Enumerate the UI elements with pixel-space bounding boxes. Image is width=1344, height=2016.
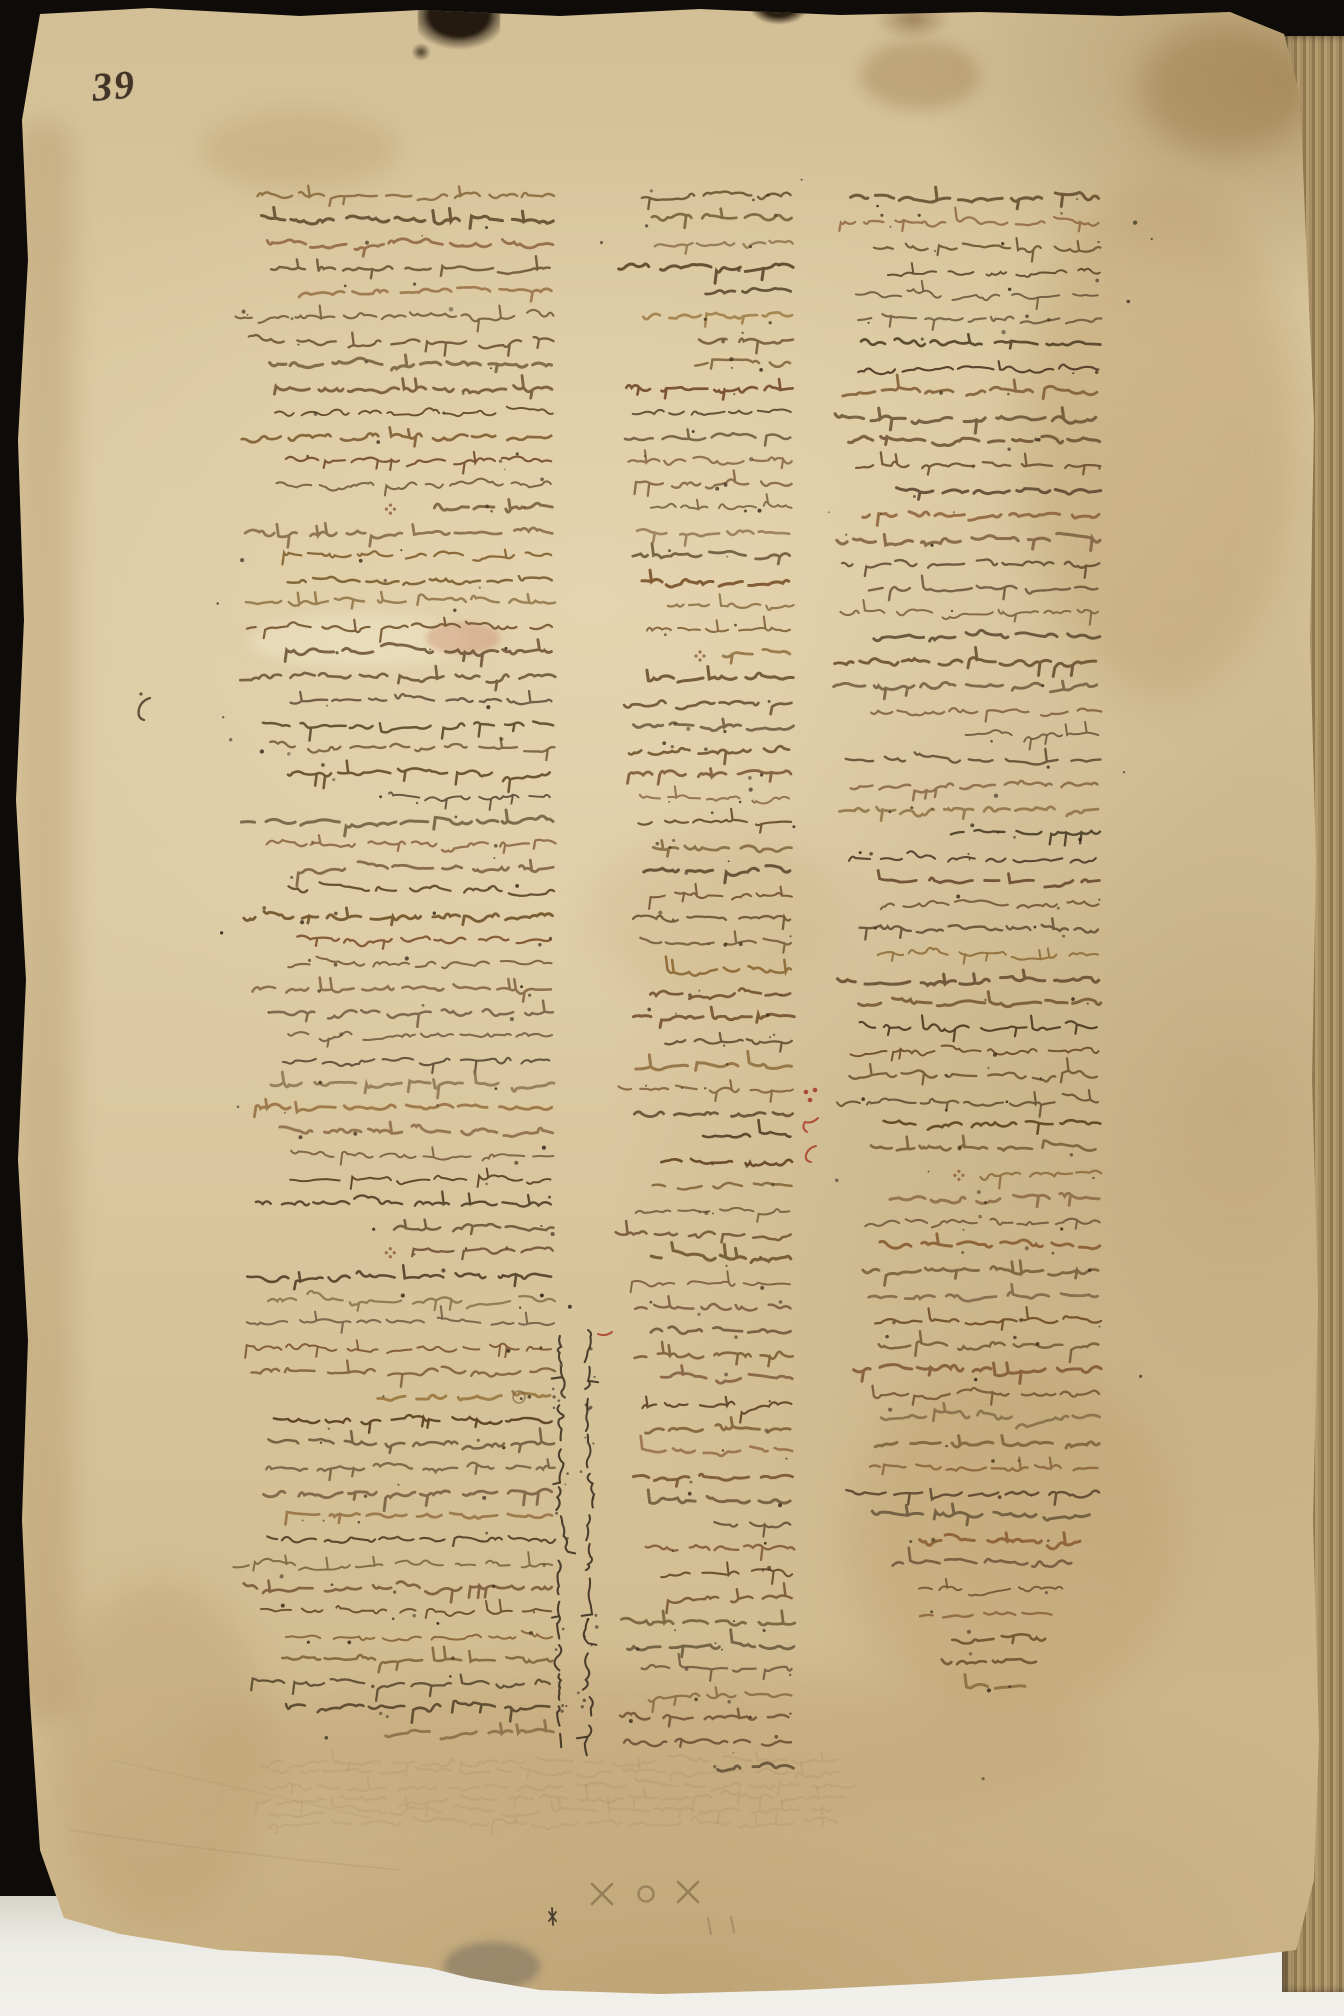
ink-blot — [408, 40, 434, 64]
ink-smudge — [874, 4, 952, 42]
manuscript-photo: 39 — [0, 0, 1344, 2016]
text-column-1 — [233, 186, 555, 1739]
left-margin-mark — [139, 692, 150, 720]
text-column-2 — [616, 189, 796, 1771]
text-column-3 — [834, 187, 1102, 1692]
folio-number: 39 — [90, 60, 138, 111]
ink-blot — [752, 0, 806, 26]
show-through-text — [70, 1750, 855, 1870]
quire-marks — [549, 1882, 734, 1934]
manuscript-text — [0, 0, 1344, 2016]
red-gutter-marks — [803, 1088, 818, 1162]
parchment-leaf: 39 — [0, 0, 1344, 2016]
